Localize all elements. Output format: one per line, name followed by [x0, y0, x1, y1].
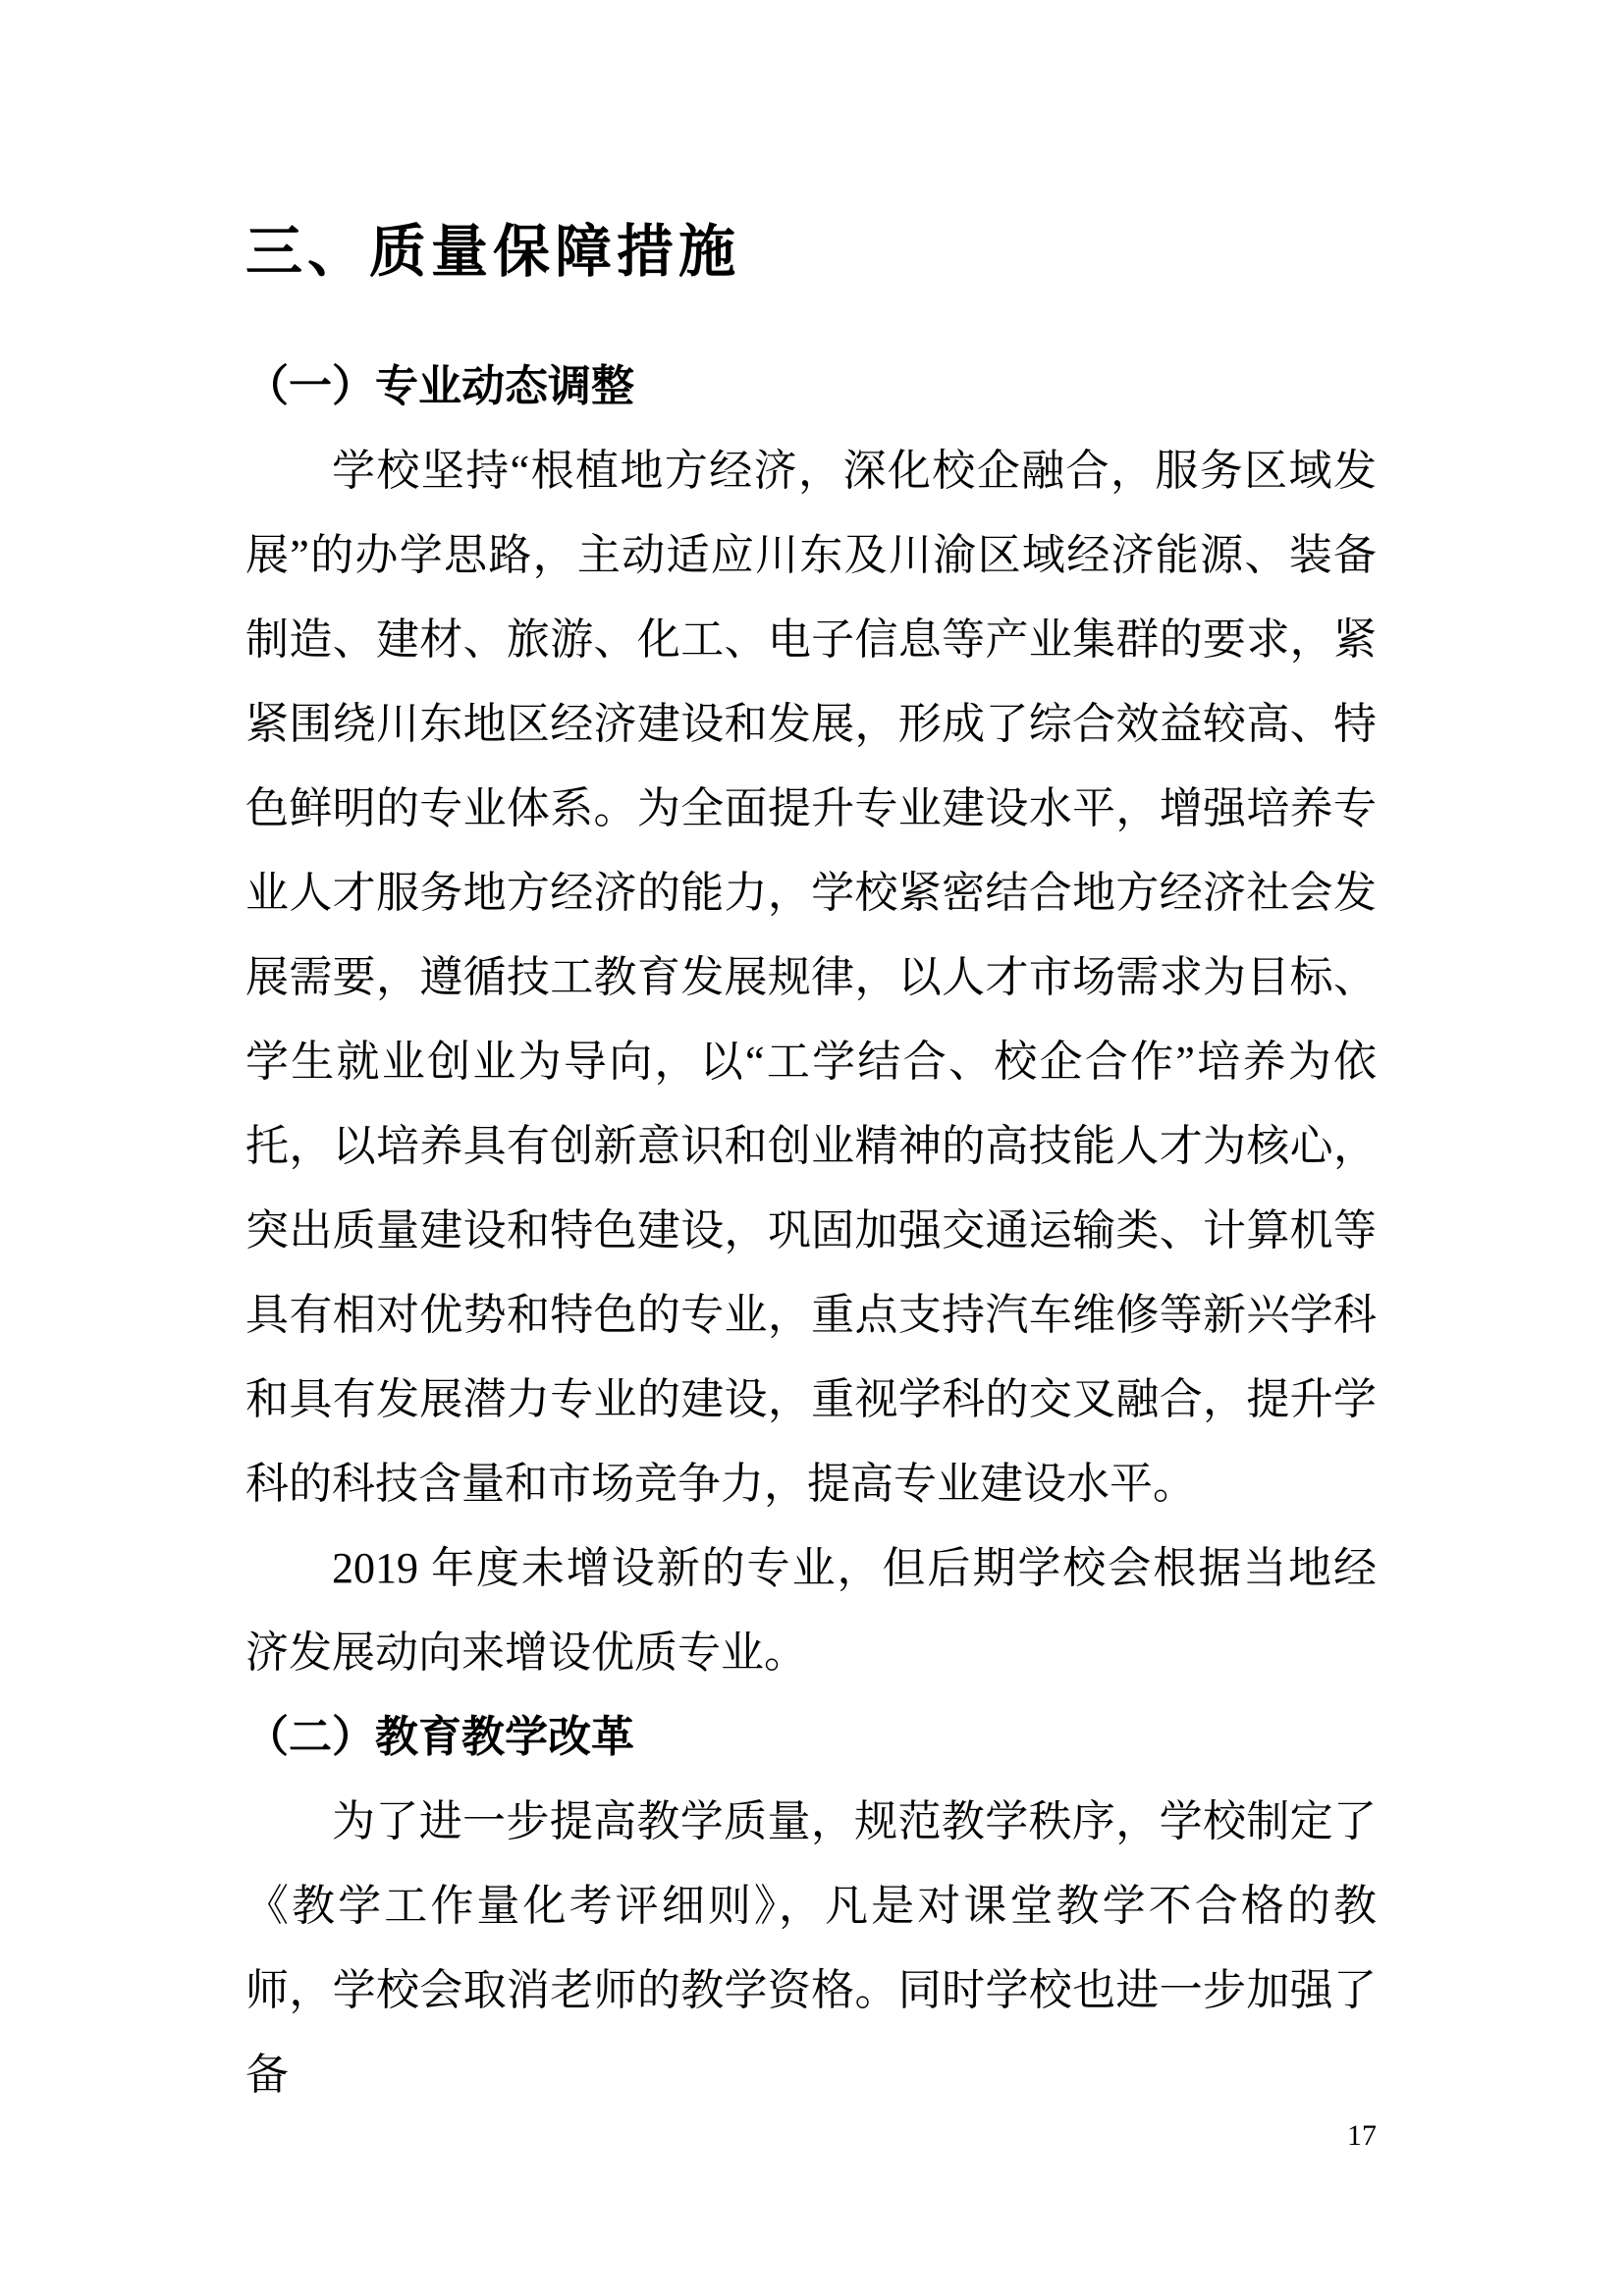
- page-number: 17: [1347, 2118, 1377, 2154]
- document-title: 三、质量保障措施: [245, 210, 1377, 294]
- document-content: 三、质量保障措施 （一）专业动态调整 学校坚持“根植地方经济，深化校企融合，服务…: [245, 0, 1377, 2117]
- section-heading-2: （二）教育教学改革: [245, 1695, 1377, 1780]
- paragraph-2019-specialties: 2019 年度未增设新的专业，但后期学校会根据当地经济发展动向来增设优质专业。: [245, 1526, 1377, 1695]
- section-heading-1: （一）专业动态调整: [245, 345, 1377, 429]
- paragraph-specialty-adjustment: 学校坚持“根植地方经济，深化校企融合，服务区域发展”的办学思路，主动适应川东及川…: [245, 429, 1377, 1526]
- paragraph-teaching-reform: 为了进一步提高教学质量，规范教学秩序，学校制定了《教学工作量化考评细则》，凡是对…: [245, 1780, 1377, 2117]
- document-page: 三、质量保障措施 （一）专业动态调整 学校坚持“根植地方经济，深化校企融合，服务…: [0, 0, 1624, 2296]
